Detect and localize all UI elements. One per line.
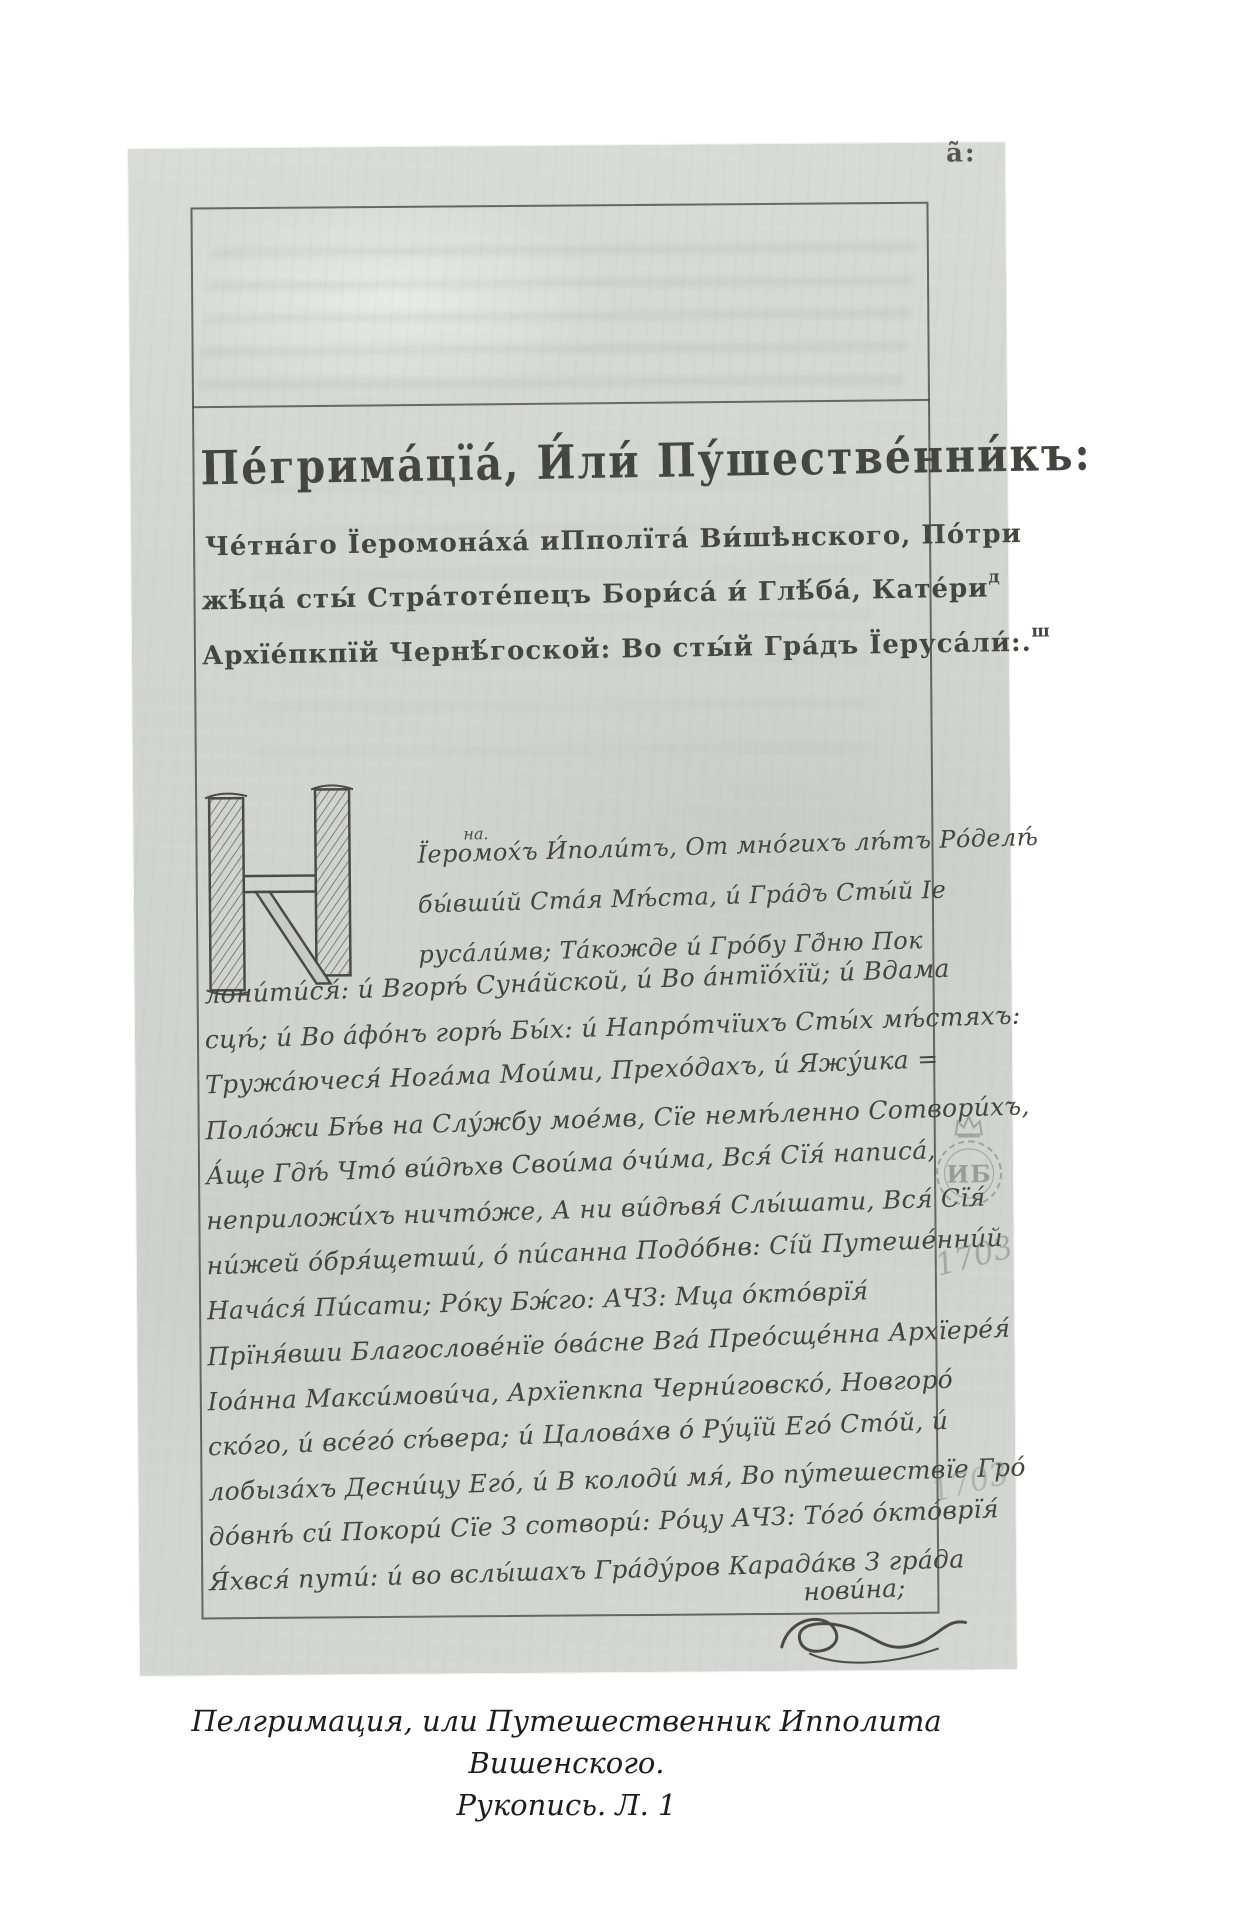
- caption-line-2: Рукопись. Л. 1: [128, 1784, 1005, 1826]
- scribal-flourish-icon: [769, 1600, 970, 1677]
- superscript-letter: д: [988, 567, 1000, 587]
- crown-icon: [951, 1114, 987, 1138]
- caption-line-1: Пелгримация, или Путешественник Ипполита…: [128, 1700, 1005, 1784]
- manuscript-body: лони́ти́ся́: и́ Вгорѣ́ Суна́йской, и́ Во…: [205, 975, 942, 1613]
- superscript-letter: ш: [1031, 621, 1050, 641]
- folio-number-mark: а̃:: [946, 138, 977, 168]
- decorative-initial-letter-icon: [197, 783, 369, 1000]
- stamp-inner-ring: ИБ: [944, 1148, 994, 1198]
- bleed-through-ghosting: [197, 219, 920, 397]
- figure-caption: Пелгримация, или Путешественник Ипполита…: [128, 1700, 1005, 1826]
- stamp-wreath-ring: ИБ: [936, 1140, 1003, 1207]
- library-stamp: ИБ: [924, 1114, 1015, 1227]
- stamp-letters: ИБ: [946, 1159, 991, 1188]
- manuscript-photo: а̃: Пе́грима́цїа́, И́ли́ Пу́шестве́нни́к…: [128, 142, 1017, 1676]
